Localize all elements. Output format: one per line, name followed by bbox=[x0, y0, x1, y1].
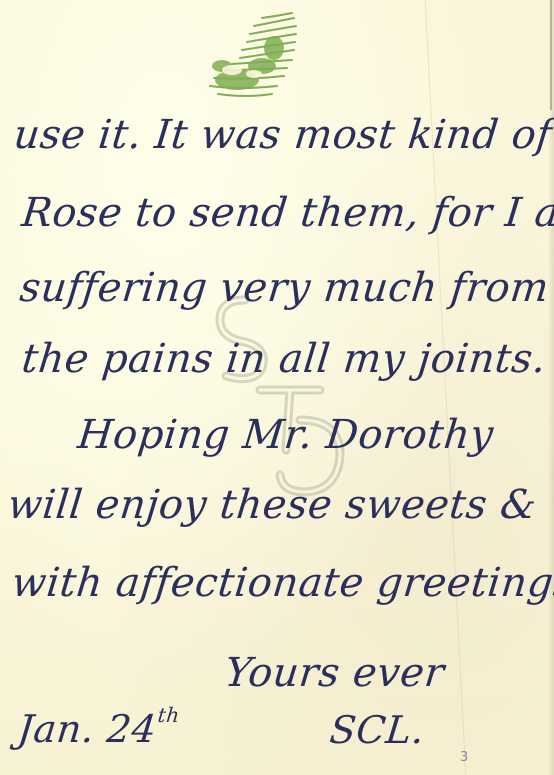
letter-line-5: Hoping Mr. Dorothy bbox=[76, 412, 496, 458]
letter-page: use it. It was most kind of Rose to send… bbox=[0, 0, 554, 775]
page-number: 3 bbox=[460, 750, 468, 765]
monogram-watermark-icon bbox=[190, 280, 360, 510]
date-text: Jan. 24 bbox=[16, 707, 159, 751]
letter-closing: Yours ever bbox=[223, 650, 447, 696]
letter-line-6: will enjoy these sweets & bbox=[6, 482, 539, 528]
letter-signature: SCL. bbox=[328, 708, 427, 752]
letter-line-2: Rose to send them, for I am bbox=[20, 190, 554, 236]
letter-line-3: suffering very much from bbox=[18, 265, 552, 311]
letter-line-1: use it. It was most kind of bbox=[12, 112, 554, 158]
letter-date: Jan. 24th bbox=[16, 707, 181, 751]
letter-line-4: the pains in all my joints. bbox=[20, 336, 549, 382]
letter-line-7: with affectionate greetings bbox=[10, 560, 554, 606]
bird-emblem-icon bbox=[192, 8, 312, 103]
paper-edge-shadow bbox=[550, 0, 552, 110]
date-suffix: th bbox=[157, 703, 181, 727]
